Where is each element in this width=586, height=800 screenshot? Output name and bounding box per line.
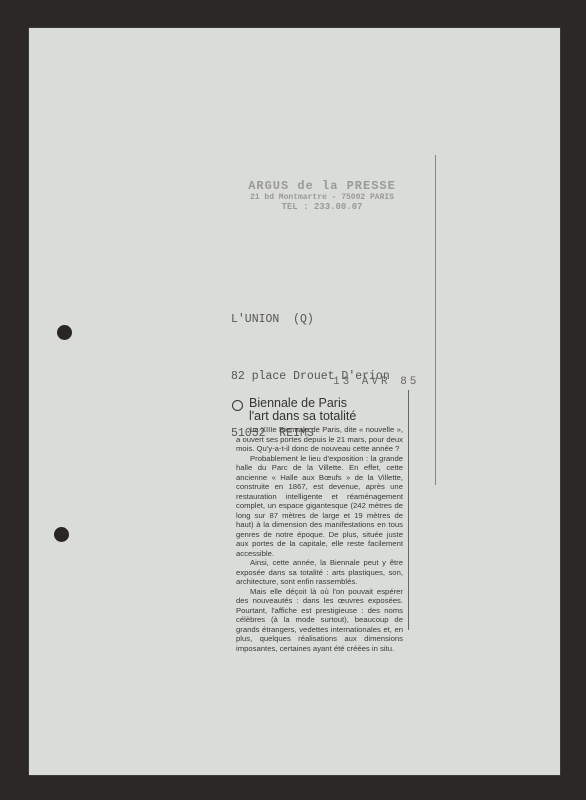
- article-paragraph: Ainsi, cette année, la Biennale peut y ê…: [236, 558, 403, 587]
- article-paragraph: Probablement le lieu d'exposition : la g…: [236, 454, 403, 559]
- article-title-line-2: l'art dans sa totalité: [249, 410, 356, 423]
- stamp-line-2: 21 bd Montmartre - 75002 PARIS: [232, 193, 412, 202]
- circle-icon: [232, 400, 243, 411]
- article-title: Biennale de Paris l'art dans sa totalité: [249, 397, 356, 423]
- article-paragraph: Mais elle déçoit là où l'on pouvait espé…: [236, 587, 403, 654]
- stamp-line-3: TEL : 233.00.07: [232, 202, 412, 212]
- punch-hole: [54, 527, 69, 542]
- press-agency-stamp: ARGUS de la PRESSE 21 bd Montmartre - 75…: [232, 179, 412, 212]
- punch-hole: [57, 325, 72, 340]
- stamp-line-1: ARGUS de la PRESSE: [232, 179, 412, 193]
- address-line-1: L'UNION (Q): [231, 310, 390, 329]
- article-paragraph: La XIIIe Biennale de Paris, dite « nouve…: [236, 425, 403, 454]
- margin-line: [435, 155, 436, 485]
- article-body: La XIIIe Biennale de Paris, dite « nouve…: [236, 425, 403, 653]
- clipping-edge: [408, 390, 409, 630]
- date-stamp: 13 AVR 85: [333, 376, 419, 388]
